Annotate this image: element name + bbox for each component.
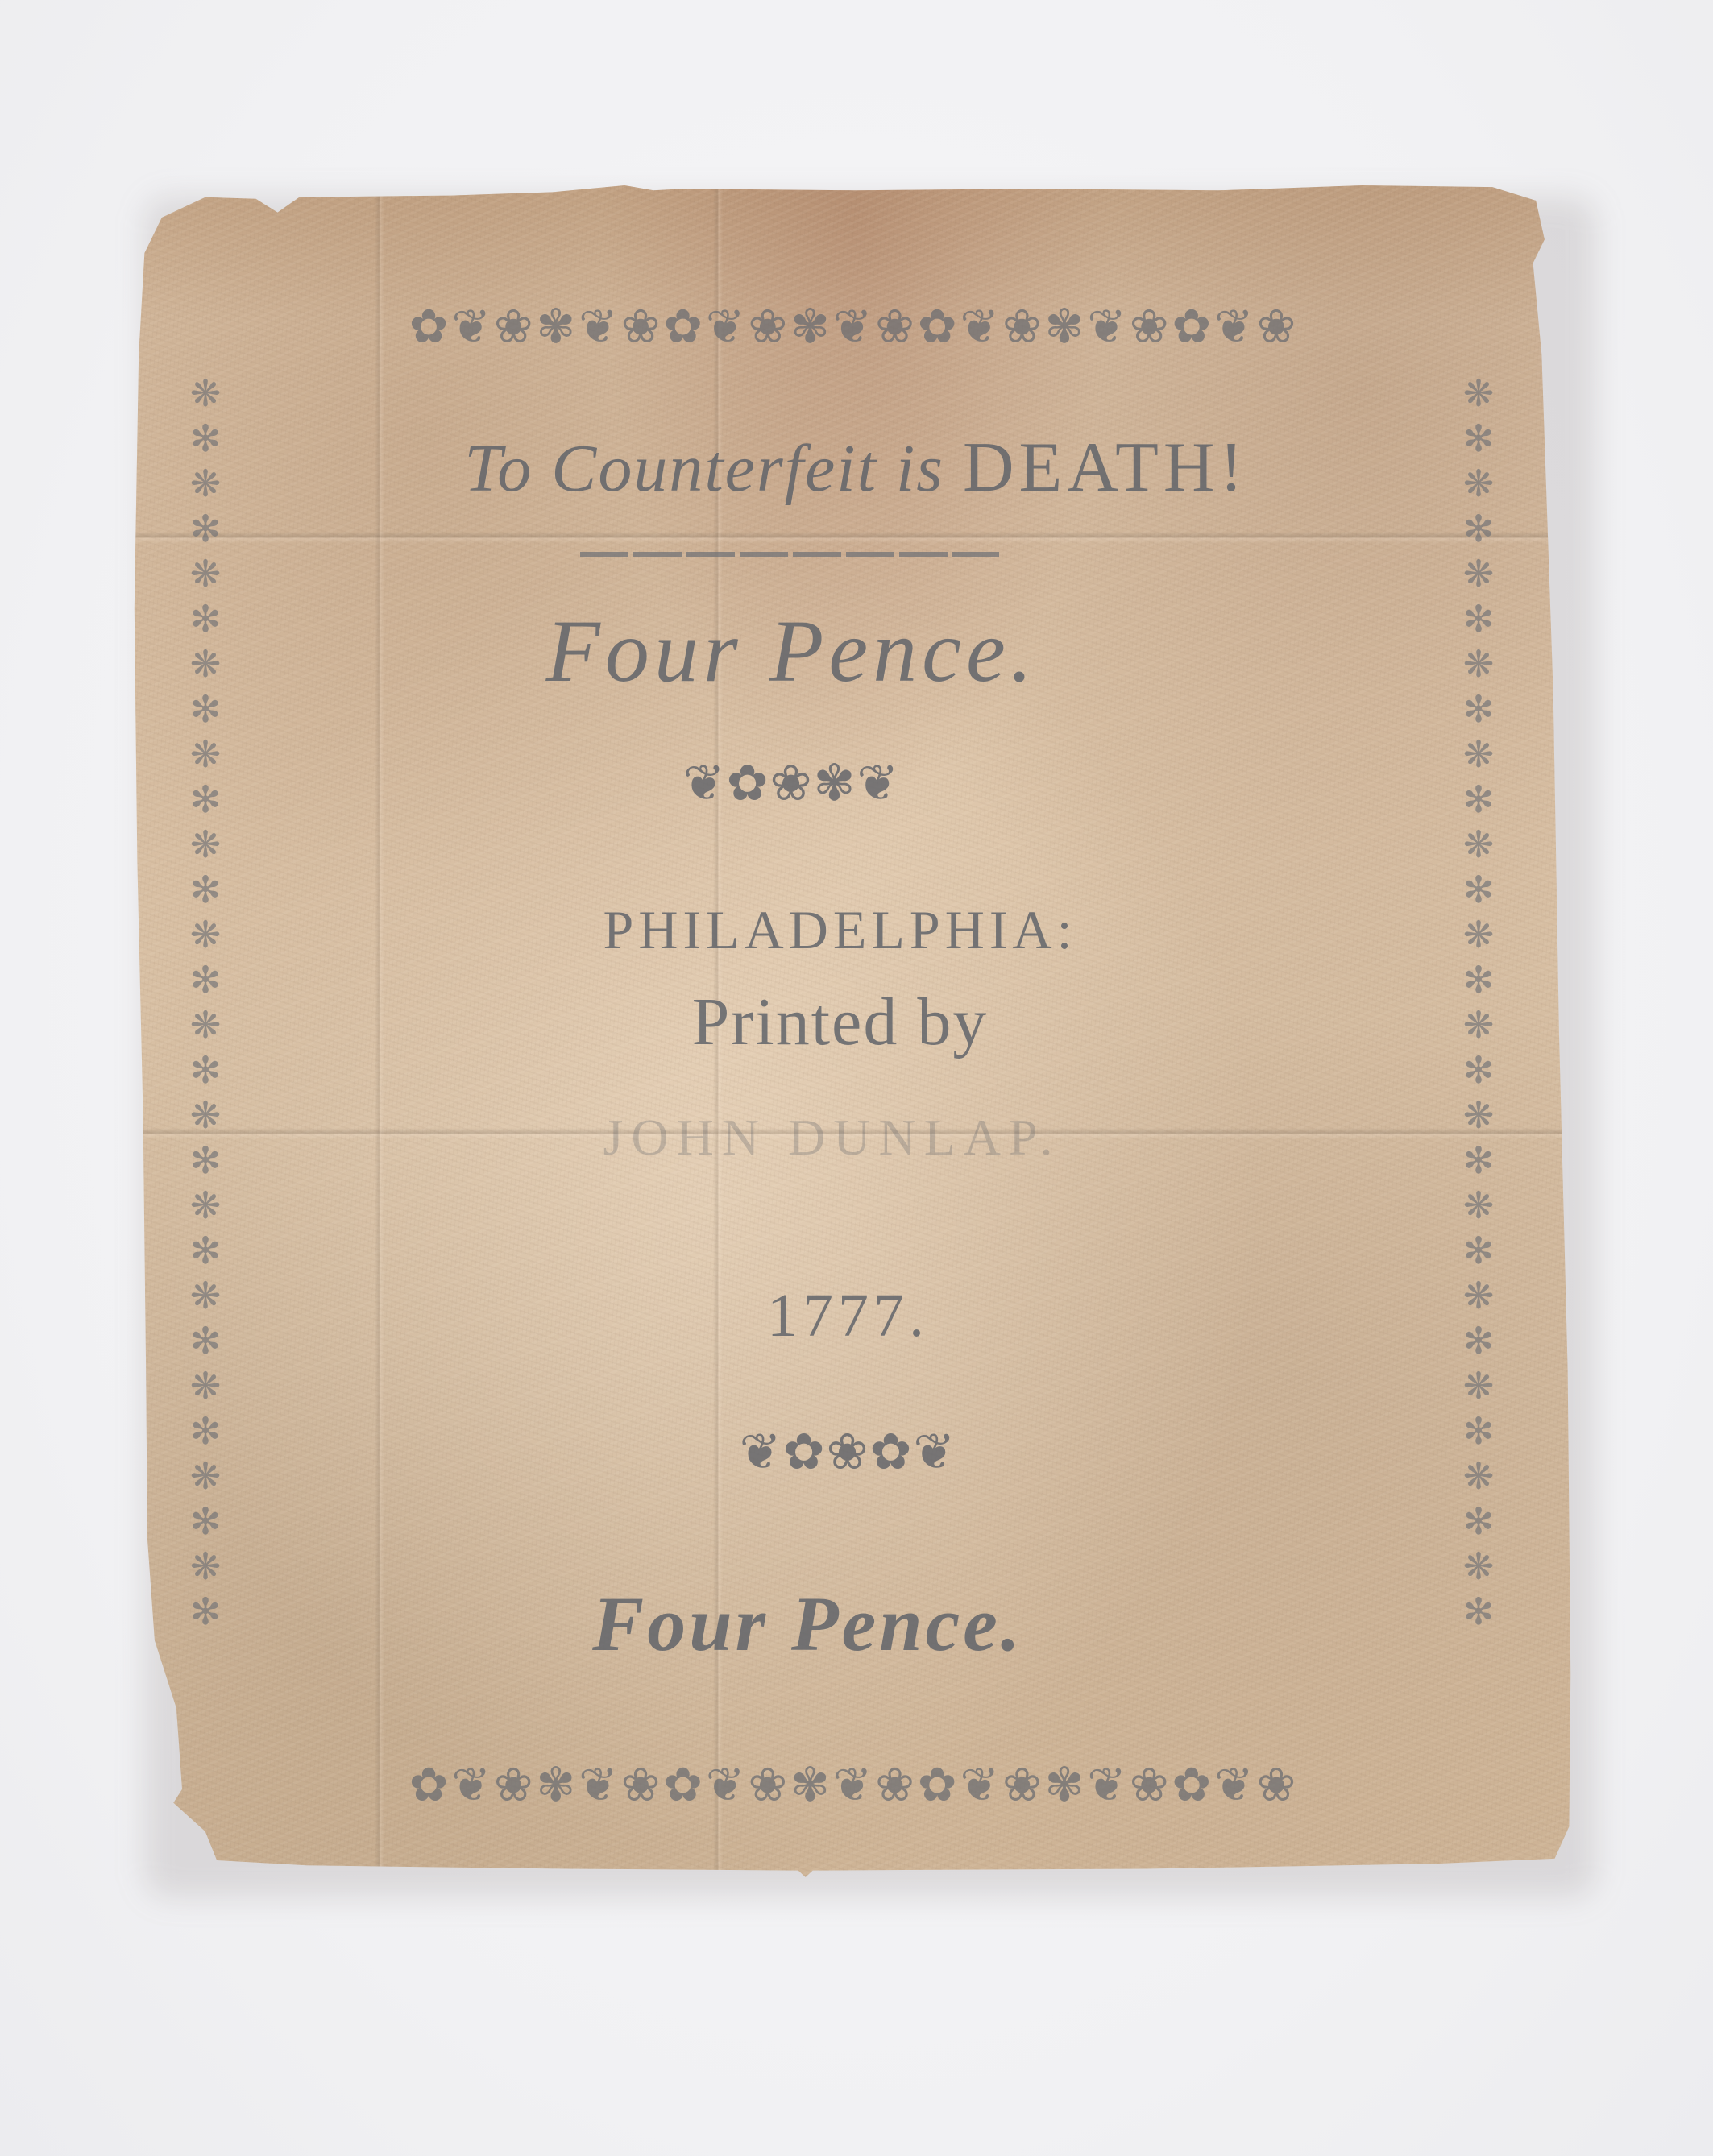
currency-note: ✿❦❀✾❦❀✿❦❀✾❦❀✿❦❀✾❦❀✿❦❀ ❋ ✻ ❋ ✻ ❋ ✻ ❋ ✻ ❋ … [133,185,1579,1877]
bottom-ornament-border: ✿❦❀✾❦❀✿❦❀✾❦❀✿❦❀✾❦❀✿❦❀ [165,1756,1543,1813]
fold-crease-upper [133,532,1579,543]
place-of-printing: PHILADELPHIA: [117,898,1563,962]
divider-rule [580,552,999,557]
left-ornament-border: ❋ ✻ ❋ ✻ ❋ ✻ ❋ ✻ ❋ ✻ ❋ ✻ ❋ ✻ ❋ ✻ ❋ ✻ ❋ ✻ … [181,371,230,1789]
center-ornament-lower: ❦✿❀✿❦ [125,1422,1571,1481]
warning-prefix: To Counterfeit is [464,431,944,506]
printed-by-label: Printed by [117,983,1563,1061]
warning-emphasis: DEATH! [963,429,1248,507]
counterfeit-warning: To Counterfeit is DEATH! [133,427,1579,508]
denomination-bottom: Four Pence. [85,1579,1531,1669]
denomination-top: Four Pence. [68,600,1515,703]
printer-name: JOHN DUNLAP. [109,1108,1555,1167]
issue-year: 1777. [125,1281,1571,1351]
top-ornament-border: ✿❦❀✾❦❀✿❦❀✾❦❀✿❦❀✾❦❀✿❦❀ [165,298,1543,354]
center-ornament-upper: ❦✿❀✾❦ [68,753,1515,812]
right-ornament-border: ❋ ✻ ❋ ✻ ❋ ✻ ❋ ✻ ❋ ✻ ❋ ✻ ❋ ✻ ❋ ✻ ❋ ✻ ❋ ✻ … [1454,371,1503,1789]
